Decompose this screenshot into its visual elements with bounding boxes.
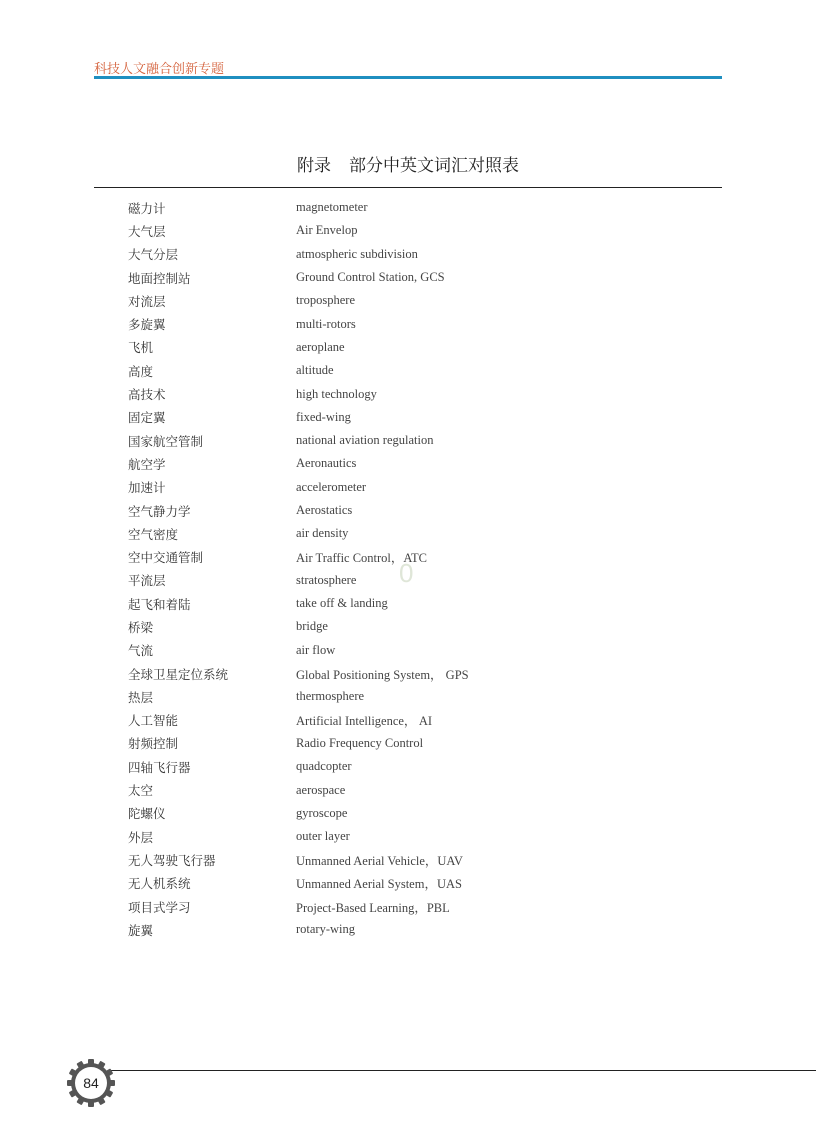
term-chinese: 固定翼 <box>128 408 296 426</box>
running-header-title: 科技人文融合创新专题 <box>94 58 224 77</box>
term-chinese: 全球卫星定位系统 <box>128 665 296 683</box>
glossary-row: 航空学Aeronautics <box>128 452 688 475</box>
term-english: magnetometer <box>296 200 368 215</box>
term-chinese: 飞机 <box>128 338 296 356</box>
glossary-row: 旋翼rotary-wing <box>128 918 688 941</box>
glossary-row: 气流air flow <box>128 639 688 662</box>
section-label: 附录 <box>297 156 331 176</box>
term-chinese: 空气静力学 <box>128 502 296 520</box>
glossary-row: 起飞和着陆take off & landing <box>128 592 688 615</box>
glossary-row: 国家航空管制national aviation regulation <box>128 429 688 452</box>
term-chinese: 太空 <box>128 781 296 799</box>
term-english: troposphere <box>296 293 355 308</box>
glossary-row: 陀螺仪gyroscope <box>128 802 688 825</box>
section-heading: 部分中英文词汇对照表 <box>349 156 519 176</box>
term-chinese: 地面控制站 <box>128 269 296 287</box>
glossary-row: 项目式学习Project-Based Learning，PBL <box>128 895 688 918</box>
term-chinese: 无人机系统 <box>128 874 296 892</box>
term-english: fixed-wing <box>296 410 351 425</box>
glossary-row: 多旋翼multi-rotors <box>128 312 688 335</box>
term-chinese: 无人驾驶飞行器 <box>128 851 296 869</box>
glossary-row: 飞机aeroplane <box>128 336 688 359</box>
term-chinese: 射频控制 <box>128 734 296 752</box>
term-chinese: 陀螺仪 <box>128 804 296 822</box>
glossary-row: 无人机系统Unmanned Aerial System，UAS <box>128 872 688 895</box>
term-english: Unmanned Aerial System，UAS <box>296 874 462 892</box>
term-english: take off & landing <box>296 596 388 611</box>
term-english: Aeronautics <box>296 456 356 471</box>
footer-rule <box>110 1070 816 1071</box>
term-english: Radio Frequency Control <box>296 736 423 751</box>
term-chinese: 高度 <box>128 362 296 380</box>
term-english: rotary-wing <box>296 922 355 937</box>
term-chinese: 项目式学习 <box>128 898 296 916</box>
glossary-row: 地面控制站Ground Control Station, GCS <box>128 266 688 289</box>
term-english: national aviation regulation <box>296 433 433 448</box>
term-english: altitude <box>296 363 334 378</box>
term-chinese: 航空学 <box>128 455 296 473</box>
term-chinese: 桥梁 <box>128 618 296 636</box>
glossary-row: 射频控制Radio Frequency Control <box>128 732 688 755</box>
term-chinese: 加速计 <box>128 478 296 496</box>
term-english: air flow <box>296 643 335 658</box>
section-rule <box>94 187 722 188</box>
term-chinese: 大气层 <box>128 222 296 240</box>
glossary-row: 桥梁bridge <box>128 615 688 638</box>
term-english: multi-rotors <box>296 317 356 332</box>
term-chinese: 旋翼 <box>128 921 296 939</box>
term-chinese: 人工智能 <box>128 711 296 729</box>
glossary-row: 四轴飞行器quadcopter <box>128 755 688 778</box>
term-english: accelerometer <box>296 480 366 495</box>
glossary-row: 大气分层atmospheric subdivision <box>128 243 688 266</box>
term-english: Artificial Intelligence， AI <box>296 711 432 729</box>
term-chinese: 磁力计 <box>128 199 296 217</box>
header-rule <box>94 76 722 79</box>
term-chinese: 空中交通管制 <box>128 548 296 566</box>
term-chinese: 起飞和着陆 <box>128 595 296 613</box>
term-english: bridge <box>296 619 328 634</box>
term-chinese: 气流 <box>128 641 296 659</box>
term-english: Project-Based Learning，PBL <box>296 898 450 916</box>
glossary-row: 对流层troposphere <box>128 289 688 312</box>
term-english: aeroplane <box>296 340 345 355</box>
glossary-row: 加速计accelerometer <box>128 476 688 499</box>
term-chinese: 大气分层 <box>128 245 296 263</box>
glossary-row: 固定翼fixed-wing <box>128 406 688 429</box>
section-title: 附录部分中英文词汇对照表 <box>0 151 816 176</box>
term-chinese: 多旋翼 <box>128 315 296 333</box>
term-english: Unmanned Aerial Vehicle，UAV <box>296 851 463 869</box>
glossary-row: 无人驾驶飞行器Unmanned Aerial Vehicle，UAV <box>128 848 688 871</box>
glossary-row: 高技术high technology <box>128 382 688 405</box>
term-english: atmospheric subdivision <box>296 247 418 262</box>
term-english: outer layer <box>296 829 350 844</box>
glossary-row: 全球卫星定位系统Global Positioning System， GPS <box>128 662 688 685</box>
term-chinese: 平流层 <box>128 571 296 589</box>
glossary-row: 磁力计magnetometer <box>128 196 688 219</box>
term-chinese: 四轴飞行器 <box>128 758 296 776</box>
term-english: Aerostatics <box>296 503 352 518</box>
term-english: air density <box>296 526 348 541</box>
term-english: Ground Control Station, GCS <box>296 270 445 285</box>
term-english: aerospace <box>296 783 345 798</box>
glossary-row: 人工智能Artificial Intelligence， AI <box>128 709 688 732</box>
glossary-row: 太空aerospace <box>128 778 688 801</box>
glossary-row: 外层outer layer <box>128 825 688 848</box>
term-english: high technology <box>296 387 377 402</box>
term-english: Global Positioning System， GPS <box>296 665 469 683</box>
term-chinese: 国家航空管制 <box>128 432 296 450</box>
term-english: quadcopter <box>296 759 352 774</box>
term-english: gyroscope <box>296 806 347 821</box>
watermark: 0 <box>399 558 413 589</box>
glossary-row: 热层thermosphere <box>128 685 688 708</box>
term-chinese: 对流层 <box>128 292 296 310</box>
glossary-row: 空气静力学Aerostatics <box>128 499 688 522</box>
term-english: Air Envelop <box>296 223 357 238</box>
glossary-row: 高度altitude <box>128 359 688 382</box>
glossary-row: 空气密度air density <box>128 522 688 545</box>
term-chinese: 外层 <box>128 828 296 846</box>
term-chinese: 高技术 <box>128 385 296 403</box>
page-number: 84 <box>66 1058 116 1108</box>
term-chinese: 热层 <box>128 688 296 706</box>
term-english: stratosphere <box>296 573 356 588</box>
term-english: thermosphere <box>296 689 364 704</box>
term-chinese: 空气密度 <box>128 525 296 543</box>
glossary-row: 大气层Air Envelop <box>128 219 688 242</box>
